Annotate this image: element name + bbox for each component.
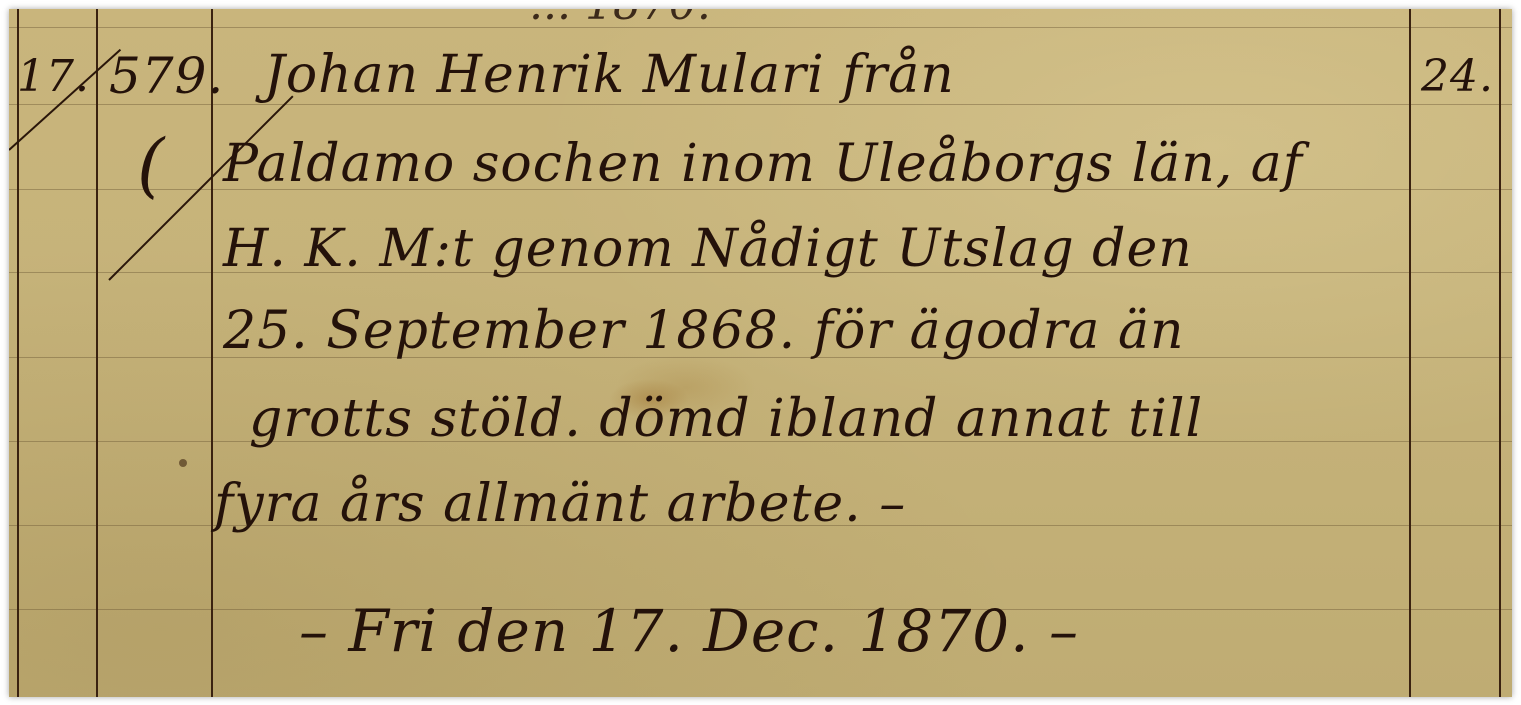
entry-line-6: fyra års allmänt arbete. – xyxy=(214,474,906,534)
column-rule-right xyxy=(1499,9,1501,697)
column-rule-text xyxy=(1409,9,1411,697)
scanned-document-page: ... 1870. 17. 579. ( Johan Henrik Mulari… xyxy=(9,9,1512,697)
bracket-mark: ( xyxy=(137,124,165,206)
entry-line-1: Johan Henrik Mulari från xyxy=(264,45,955,105)
ruled-line xyxy=(9,27,1512,28)
column-rule-left xyxy=(17,9,19,697)
release-date-line: – Fri den 17. Dec. 1870. – xyxy=(299,597,1079,665)
entry-line-5: grotts stöld. dömd ibland annat till xyxy=(249,389,1203,449)
ink-spot xyxy=(179,459,187,467)
column-rule-day xyxy=(96,9,98,697)
entry-line-2: Paldamo sochen inom Uleåborgs län, af xyxy=(223,134,1303,194)
partial-top-line: ... 1870. xyxy=(529,9,711,30)
column-rule-number xyxy=(211,9,213,697)
entry-line-4: 25. September 1868. för ägodra än xyxy=(223,301,1184,361)
right-margin-number: 24. xyxy=(1421,51,1494,102)
entry-line-3: H. K. M:t genom Nådigt Utslag den xyxy=(223,219,1193,279)
entry-number: 579. xyxy=(109,47,224,105)
day-number: 17. xyxy=(17,51,90,102)
